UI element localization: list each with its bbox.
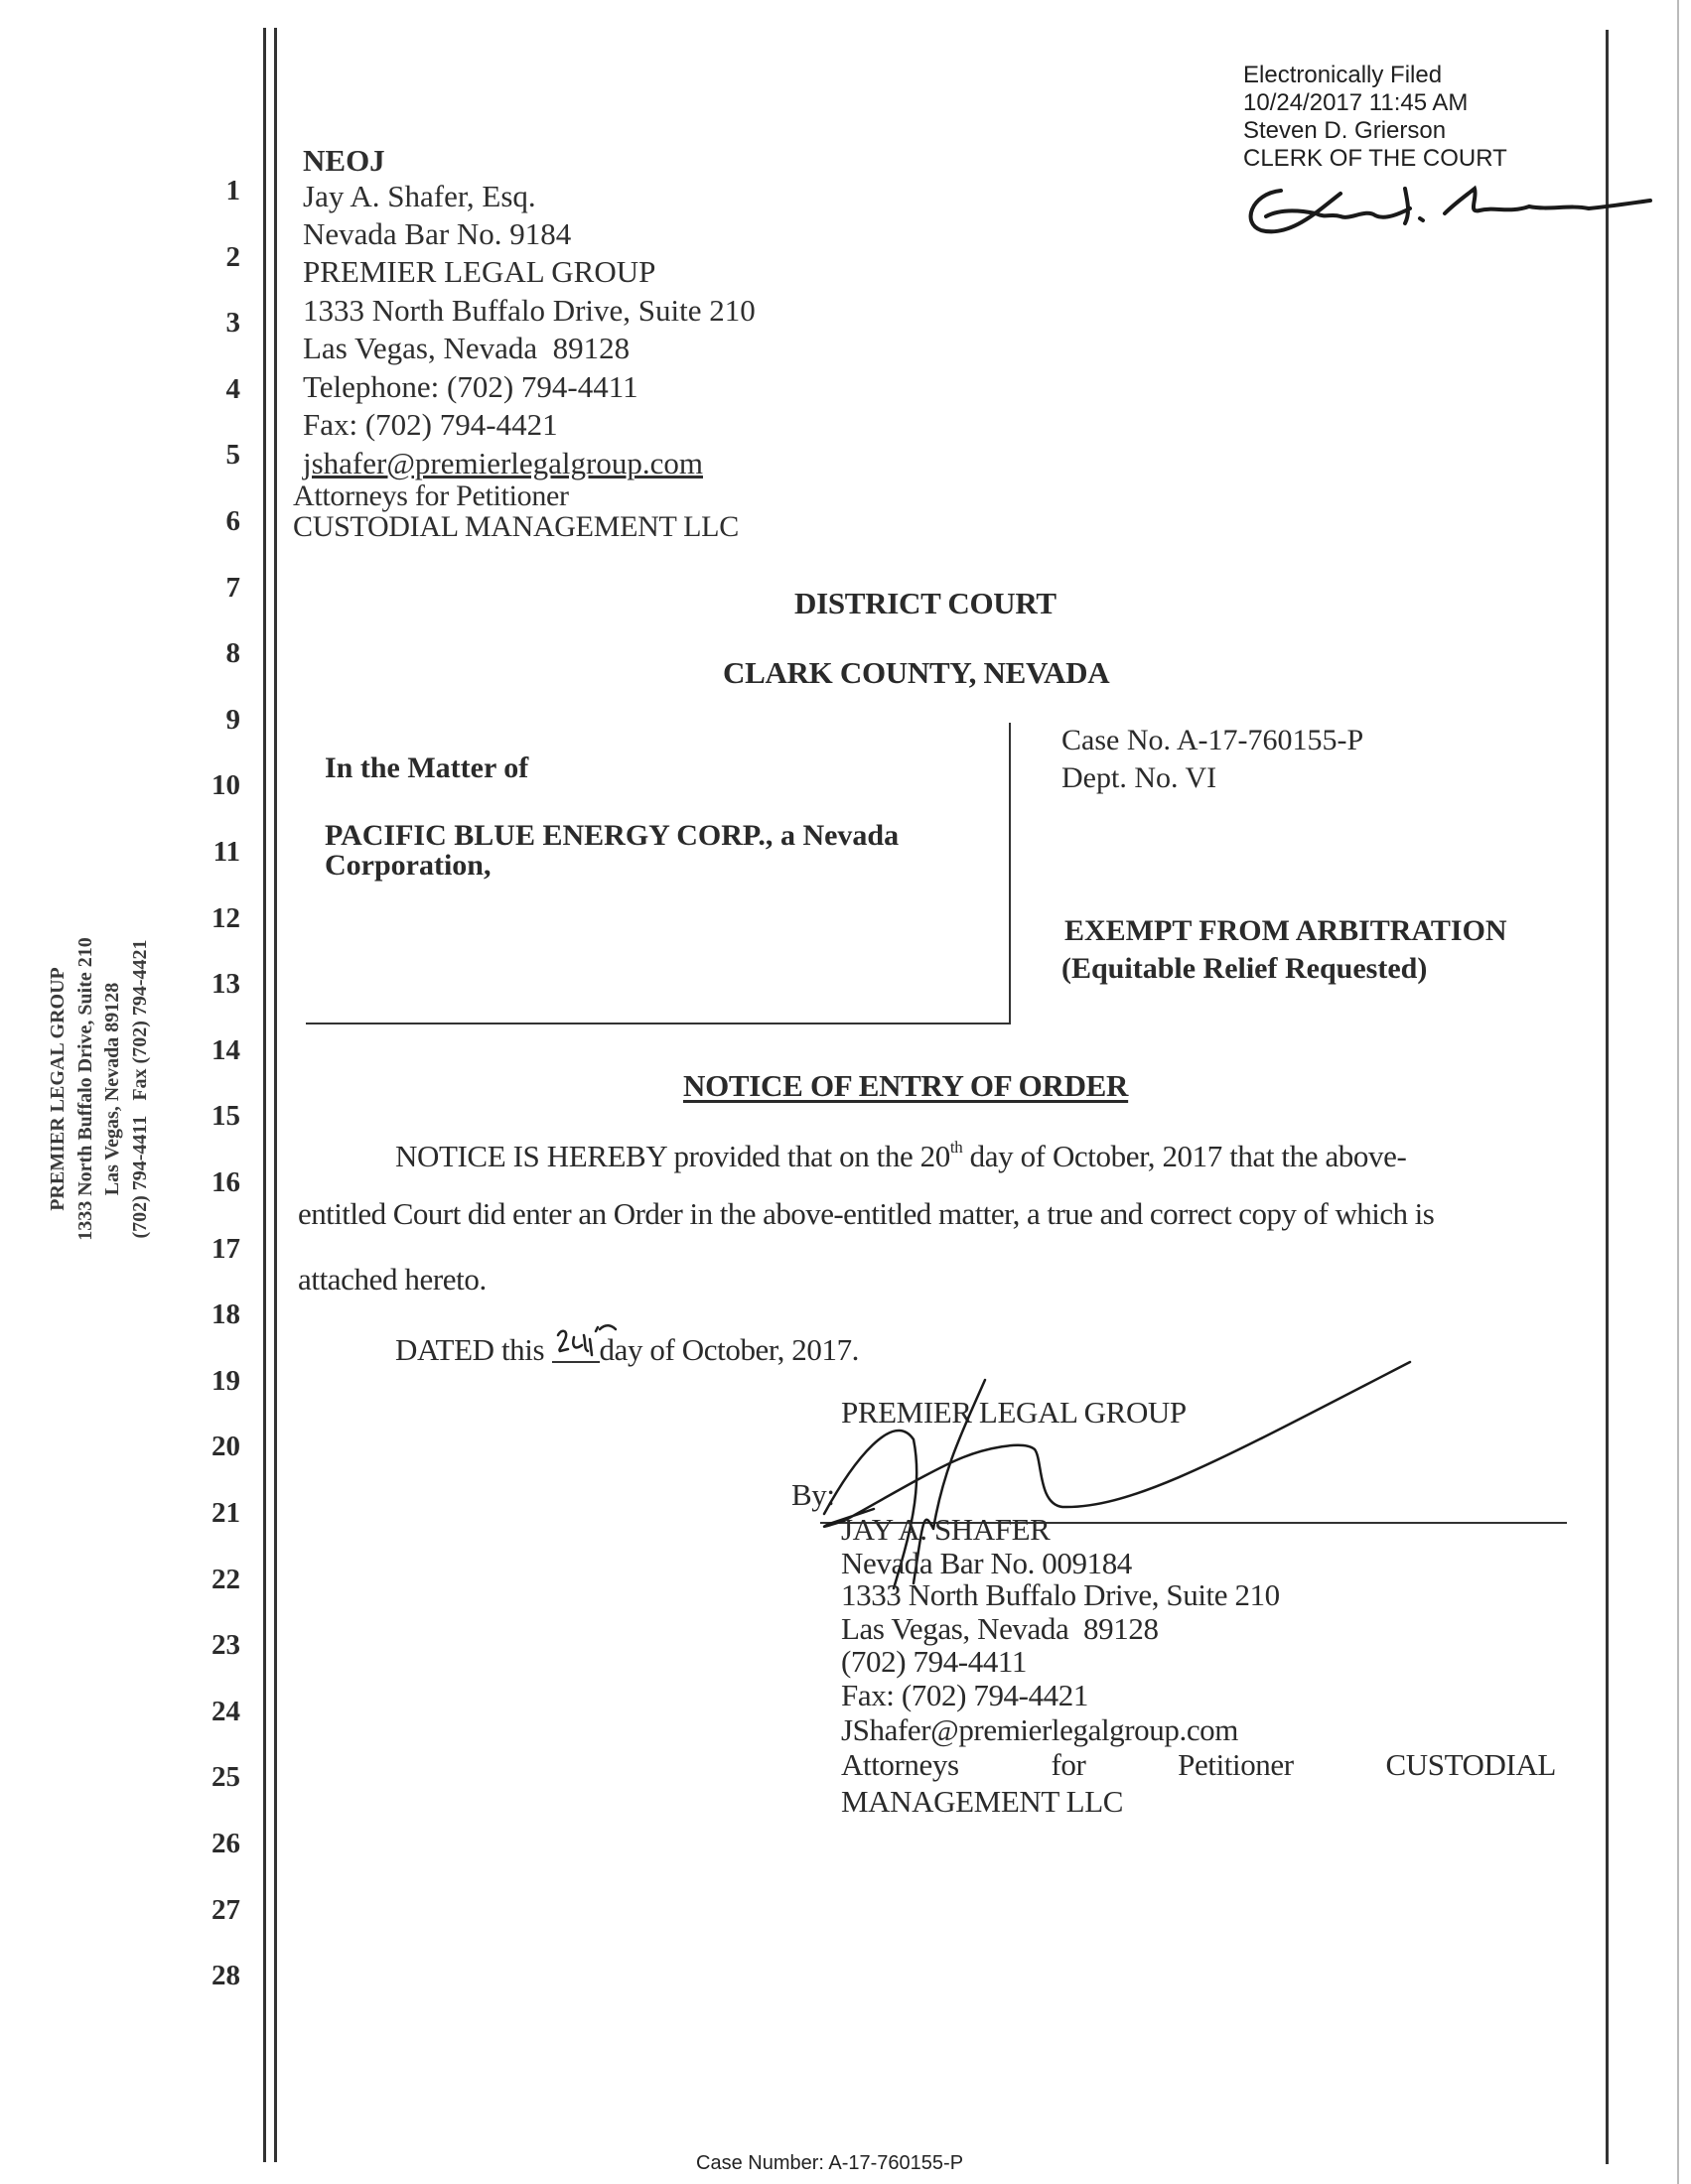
attorney-role: Attorneys for Petitioner	[293, 481, 569, 511]
caption-divider-horizontal	[306, 1023, 1011, 1024]
caption-party-name: PACIFIC BLUE ENERGY CORP.,	[325, 819, 773, 852]
document-code: NEOJ	[303, 145, 385, 176]
attorney-phone: Telephone: (702) 794-4411	[303, 371, 638, 402]
line-number: 26	[181, 1830, 240, 1858]
left-margin-rule-inner	[274, 28, 277, 2162]
line-number: 19	[181, 1367, 240, 1396]
court-county: CLARK COUNTY, NEVADA	[723, 655, 1109, 691]
line-number: 21	[181, 1499, 240, 1528]
sidebar-firm-name: PREMIER LEGAL GROUP	[45, 861, 72, 1317]
sidebar-firm-city: Las Vegas, Nevada 89128	[99, 861, 127, 1317]
attorney-client: CUSTODIAL MANAGEMENT LLC	[293, 512, 739, 542]
dated-pre: DATED this	[395, 1332, 552, 1367]
sig-role: Attorneys for Petitioner CUSTODIAL	[841, 1749, 1556, 1780]
sig-role-word-2: for	[1051, 1749, 1085, 1780]
notice-title: NOTICE OF ENTRY OF ORDER	[683, 1068, 1128, 1104]
line-number: 3	[181, 309, 240, 338]
line-number: 1	[181, 177, 240, 205]
sig-role-line2: MANAGEMENT LLC	[841, 1786, 1123, 1817]
stamp-line-clerk-name: Steven D. Grierson	[1243, 117, 1507, 145]
line-number: 27	[181, 1896, 240, 1925]
line-number: 4	[181, 375, 240, 404]
body-line-1-post: day of October, 2017 that the above-	[962, 1139, 1406, 1173]
sig-bar: Nevada Bar No. 009184	[841, 1548, 1132, 1578]
caption-matter-label: In the Matter of	[325, 753, 528, 783]
line-number: 2	[181, 243, 240, 272]
body-line-3: attached hereto.	[298, 1264, 487, 1295]
caption-party-line2: Corporation,	[325, 851, 492, 881]
stamp-line-filed: Electronically Filed	[1243, 62, 1507, 89]
left-margin-rule-outer	[263, 28, 266, 2162]
attorney-fax: Fax: (702) 794-4421	[303, 409, 558, 440]
sig-phone: (702) 794-4411	[841, 1646, 1027, 1677]
sig-role-word-4: CUSTODIAL	[1385, 1749, 1556, 1780]
sig-street: 1333 North Buffalo Drive, Suite 210	[841, 1579, 1280, 1610]
attorney-email-link[interactable]: jshafer@premierlegalgroup.com	[303, 448, 703, 478]
attorney-city: Las Vegas, Nevada 89128	[303, 333, 630, 363]
attorney-street: 1333 North Buffalo Drive, Suite 210	[303, 295, 756, 326]
sig-city: Las Vegas, Nevada 89128	[841, 1613, 1159, 1644]
case-number: Case No. A-17-760155-P	[1061, 726, 1363, 755]
sig-fax: Fax: (702) 794-4421	[841, 1680, 1088, 1710]
caption-party-descriptor: a Nevada	[773, 819, 899, 852]
line-number: 6	[181, 507, 240, 536]
line-number: 8	[181, 639, 240, 668]
line-number: 12	[181, 904, 240, 933]
line-number: 24	[181, 1698, 240, 1726]
filing-stamp: Electronically Filed 10/24/2017 11:45 AM…	[1243, 62, 1507, 173]
dept-number: Dept. No. VI	[1061, 763, 1216, 793]
sig-role-word-3: Petitioner	[1178, 1749, 1294, 1780]
sig-email[interactable]: JShafer@premierlegalgroup.com	[841, 1714, 1238, 1745]
line-number: 22	[181, 1566, 240, 1594]
scan-edge-line	[1677, 0, 1679, 2184]
stamp-line-datetime: 10/24/2017 11:45 AM	[1243, 89, 1507, 117]
attorney-firm: PREMIER LEGAL GROUP	[303, 256, 655, 287]
court-name: DISTRICT COURT	[794, 586, 1057, 621]
line-number: 25	[181, 1763, 240, 1792]
line-number: 18	[181, 1300, 240, 1329]
line-number: 17	[181, 1235, 240, 1264]
line-number: 13	[181, 970, 240, 999]
attorney-name: Jay A. Shafer, Esq.	[303, 181, 536, 211]
line-number: 7	[181, 574, 240, 603]
sidebar-firm-street: 1333 North Buffalo Drive, Suite 210	[72, 861, 100, 1317]
clerk-signature	[1241, 169, 1658, 248]
caption-divider-vertical	[1009, 723, 1011, 1024]
line-number: 15	[181, 1102, 240, 1131]
line-number: 14	[181, 1036, 240, 1065]
line-number: 5	[181, 441, 240, 470]
body-line-1-sup: th	[950, 1138, 962, 1157]
sidebar-firm-phone: (702) 794-4411 Fax (702) 794-4421	[127, 861, 155, 1317]
right-margin-rule	[1606, 30, 1609, 2164]
line-number: 11	[181, 838, 240, 867]
line-number: 16	[181, 1168, 240, 1197]
sig-name: JAY A. SHAFER	[841, 1514, 1050, 1545]
footer-case-number: Case Number: A-17-760155-P	[696, 2152, 963, 2175]
attorney-bar-number: Nevada Bar No. 9184	[303, 218, 571, 249]
caption-party: PACIFIC BLUE ENERGY CORP., a Nevada	[325, 821, 899, 851]
dated-handwritten-day	[552, 1331, 600, 1363]
sig-role-word-1: Attorneys	[841, 1749, 959, 1780]
line-number: 20	[181, 1433, 240, 1461]
exempt-from-arbitration: EXEMPT FROM ARBITRATION	[1064, 916, 1507, 946]
line-number: 10	[181, 771, 240, 800]
body-line-1: NOTICE IS HEREBY provided that on the 20…	[395, 1132, 1406, 1171]
equitable-relief: (Equitable Relief Requested)	[1061, 954, 1427, 984]
body-line-1-pre: NOTICE IS HEREBY provided that on the 20	[395, 1139, 950, 1173]
line-number: 23	[181, 1631, 240, 1660]
line-number: 28	[181, 1962, 240, 1990]
line-number: 9	[181, 706, 240, 735]
handwritten-24	[554, 1325, 618, 1365]
body-line-2: entitled Court did enter an Order in the…	[298, 1198, 1434, 1229]
